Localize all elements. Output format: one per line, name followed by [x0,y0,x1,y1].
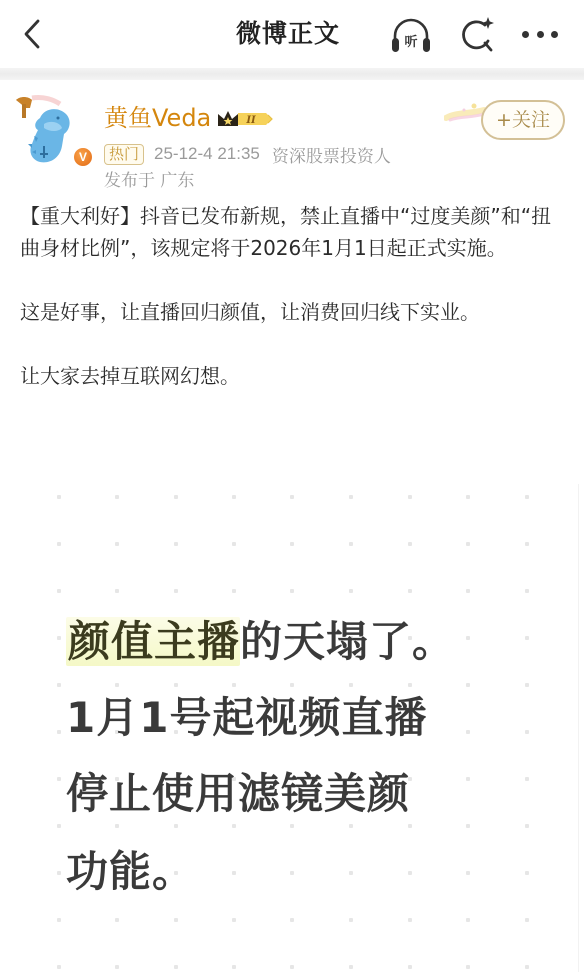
author-title: 资深股票投资人 [272,142,391,167]
grid-dot [408,824,412,828]
grid-dot [290,918,294,922]
grid-dot [466,918,470,922]
post-timestamp: 25-12-4 21:35 [154,144,260,164]
highlighted-text: 颜值主播 [66,617,240,666]
post-paragraph: 让大家去掉互联网幻想。 [20,360,568,392]
svg-text:II: II [245,115,256,126]
grid-dot [232,495,236,499]
grid-dot [115,918,119,922]
grid-dot [57,824,61,828]
post-paragraph: 【重大利好】抖音已发布新规，禁止直播中“过度美颜”和“扭曲身材比例”，该规定将于… [20,200,568,264]
username[interactable]: 黄鱼Veda [104,103,211,133]
grid-dot [349,824,353,828]
grid-dot [290,871,294,875]
grid-dot [57,683,61,687]
post-paragraph: 这是好事，让直播回归颜值，让消费回归线下实业。 [20,296,568,328]
grid-dot [174,965,178,969]
more-options-button[interactable] [518,22,562,46]
grid-dot [525,871,529,875]
grid-dot [174,495,178,499]
grid-dot [115,495,119,499]
header-divider [0,68,584,80]
image-text-line-4: 功能。 [66,846,195,898]
grid-dot [57,871,61,875]
post-location: 发布于 广东 [104,169,194,193]
grid-dot [466,495,470,499]
grid-dot [525,824,529,828]
grid-dot [408,589,412,593]
follow-button[interactable]: +关注 [481,100,565,140]
grid-dot [408,542,412,546]
grid-dot [408,871,412,875]
grid-dot [525,542,529,546]
grid-dot [349,495,353,499]
grid-dot [466,636,470,640]
grid-dot [525,636,529,640]
grid-dot [232,871,236,875]
grid-dot [466,777,470,781]
grid-dot [290,589,294,593]
grid-dot [174,918,178,922]
grid-dot [290,683,294,687]
image-text-line-2: 1月1号起视频直播 [66,692,427,744]
grid-dot [466,589,470,593]
grid-dot [290,542,294,546]
grid-dot [525,965,529,969]
grid-dot [408,683,412,687]
post-content: 【重大利好】抖音已发布新规，禁止直播中“过度美颜”和“扭曲身材比例”，该规定将于… [20,200,568,392]
crown-vip-badge-icon[interactable]: II [216,108,276,130]
grid-dot [466,683,470,687]
grid-dot [290,965,294,969]
hot-tag: 热门 [104,144,144,165]
grid-dot [466,542,470,546]
grid-dot [57,542,61,546]
grid-dot [349,542,353,546]
grid-dot [232,542,236,546]
grid-dot [232,824,236,828]
post-image[interactable]: 颜值主播的天塌了。 1月1号起视频直播 停止使用滤镜美颜 功能。 [0,484,579,972]
grid-dot [174,589,178,593]
grid-dot [466,965,470,969]
grid-dot [525,918,529,922]
listen-button[interactable]: 听 [389,16,433,54]
grid-dot [232,589,236,593]
grid-dot [408,965,412,969]
grid-dot [349,683,353,687]
grid-dot [57,918,61,922]
grid-dot [115,824,119,828]
grid-dot [349,871,353,875]
verified-badge: V [72,146,94,168]
grid-dot [57,495,61,499]
grid-dot [525,589,529,593]
grid-dot [174,542,178,546]
image-text-line-3: 停止使用滤镜美颜 [66,768,410,820]
grid-dot [290,495,294,499]
grid-dot [290,824,294,828]
grid-dot [57,730,61,734]
grid-dot [57,589,61,593]
grid-dot [466,871,470,875]
image-text-line-1: 颜值主播的天塌了。 [66,616,455,668]
grid-dot [57,636,61,640]
grid-dot [408,918,412,922]
grid-dot [525,777,529,781]
author-row: V 黄鱼Veda II 热门 25-12-4 21:35 资深股票投资人 发布于… [0,80,584,198]
grid-dot [174,824,178,828]
ai-search-button[interactable] [458,14,498,54]
grid-dot [349,918,353,922]
grid-dot [232,918,236,922]
top-nav-bar: 微博正文 听 [0,0,584,68]
grid-dot [349,965,353,969]
grid-dot [466,730,470,734]
grid-dot [525,730,529,734]
chevron-left-icon [18,16,48,52]
sparkle-search-icon [458,14,498,54]
grid-dot [525,683,529,687]
grid-dot [232,965,236,969]
grid-dot [174,683,178,687]
avatar[interactable]: V [14,94,94,172]
grid-dot [115,683,119,687]
svg-text:听: 听 [404,34,417,50]
grid-dot [115,965,119,969]
grid-dot [57,965,61,969]
grid-dot [57,777,61,781]
headphones-listen-icon: 听 [389,16,433,54]
grid-dot [408,495,412,499]
grid-dot [466,824,470,828]
grid-dot [232,683,236,687]
grid-dot [115,542,119,546]
post-meta: 热门 25-12-4 21:35 资深股票投资人 [104,142,391,166]
grid-dot [349,589,353,593]
ellipsis-icon [522,31,529,38]
grid-dot [525,495,529,499]
grid-dot [115,589,119,593]
back-button[interactable] [18,16,48,52]
page-title: 微博正文 [236,18,340,50]
